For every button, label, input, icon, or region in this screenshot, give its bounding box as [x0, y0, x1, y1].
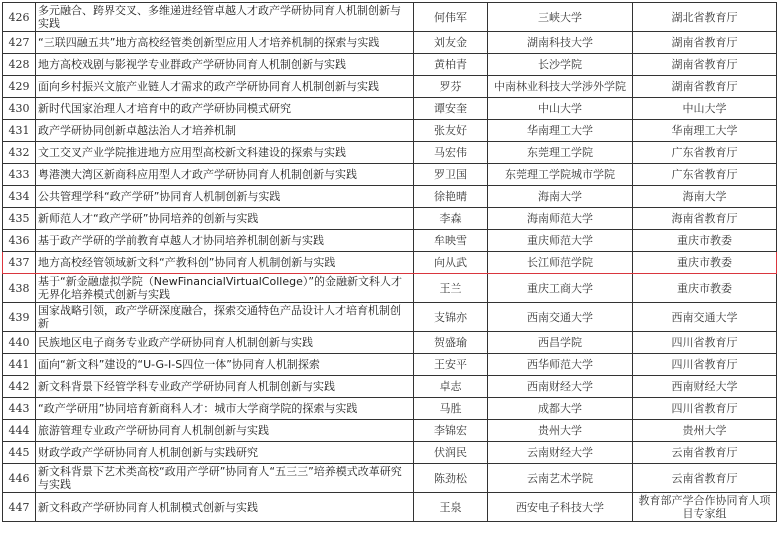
project-number: 438	[3, 274, 36, 303]
recommending-unit: 云南省教育厅	[633, 464, 777, 493]
project-number: 427	[3, 32, 36, 54]
project-table-body: 426 多元融合、跨界交叉、多维递进经管卓越人才政产学研协同育人机制创新与实践 …	[3, 3, 777, 522]
table-row: 441 面向“新文科”建设的“U-G-I-S四位一体”协同育人机制探索 王安平 …	[3, 354, 777, 376]
project-leader: 马胜	[414, 398, 488, 420]
table-row: 438 基于“新金融虚拟学院（NewFinancialVirtualColleg…	[3, 274, 777, 303]
project-number: 431	[3, 120, 36, 142]
table-row: 435 新师范人才“政产学研”协同培养的创新与实践 李森 海南师范大学 海南省教…	[3, 208, 777, 230]
project-title: 新文科政产学研协同育人机制模式创新与实践	[36, 493, 414, 522]
project-number: 440	[3, 332, 36, 354]
project-leader: 王安平	[414, 354, 488, 376]
table-row: 447 新文科政产学研协同育人机制模式创新与实践 王泉 西安电子科技大学 教育部…	[3, 493, 777, 522]
recommending-unit: 云南省教育厅	[633, 442, 777, 464]
project-title: 新师范人才“政产学研”协同培养的创新与实践	[36, 208, 414, 230]
institution: 海南大学	[488, 186, 633, 208]
project-leader: 陈劲松	[414, 464, 488, 493]
table-row: 442 新文科背景下经管学科专业政产学研协同育人机制创新与实践 卓志 西南财经大…	[3, 376, 777, 398]
project-leader: 李森	[414, 208, 488, 230]
table-row: 443 “政产学研用”协同培育新商科人才：城市大学商学院的探索与实践 马胜 成都…	[3, 398, 777, 420]
recommending-unit: 湖北省教育厅	[633, 3, 777, 32]
project-leader: 马宏伟	[414, 142, 488, 164]
project-leader: 徐艳晴	[414, 186, 488, 208]
institution: 重庆工商大学	[488, 274, 633, 303]
project-number: 433	[3, 164, 36, 186]
project-title: 基于“新金融虚拟学院（NewFinancialVirtualCollege）”的…	[36, 274, 414, 303]
institution: 云南财经大学	[488, 442, 633, 464]
project-leader: 刘友金	[414, 32, 488, 54]
institution: 西安电子科技大学	[488, 493, 633, 522]
recommending-unit: 重庆市教委	[633, 252, 777, 274]
table-row: 444 旅游管理专业政产学研协同育人机制创新与实践 李锦宏 贵州大学 贵州大学	[3, 420, 777, 442]
project-number: 426	[3, 3, 36, 32]
table-row: 427 “三联四融五共”地方高校经管类创新型应用人才培养机制的探索与实践 刘友金…	[3, 32, 777, 54]
project-leader: 贺盛瑜	[414, 332, 488, 354]
project-title: “三联四融五共”地方高校经管类创新型应用人才培养机制的探索与实践	[36, 32, 414, 54]
table-row: 439 国家战略引领，政产学研深度融合，探索交通特色产品设计人才培育机制创新 支…	[3, 303, 777, 332]
institution: 东莞理工学院城市学院	[488, 164, 633, 186]
table-row: 434 公共管理学科“政产学研”协同育人机制创新与实践 徐艳晴 海南大学 海南大…	[3, 186, 777, 208]
project-number: 436	[3, 230, 36, 252]
project-title: 公共管理学科“政产学研”协同育人机制创新与实践	[36, 186, 414, 208]
project-number: 445	[3, 442, 36, 464]
institution: 西昌学院	[488, 332, 633, 354]
project-title: 新文科背景下经管学科专业政产学研协同育人机制创新与实践	[36, 376, 414, 398]
project-title: 文工交叉产业学院推进地方应用型高校新文科建设的探索与实践	[36, 142, 414, 164]
project-number: 444	[3, 420, 36, 442]
project-number: 447	[3, 493, 36, 522]
project-title: 地方高校经管领域新文科“产教科创”协同育人机制创新与实践	[36, 252, 414, 274]
institution: 华南理工大学	[488, 120, 633, 142]
institution: 湖南科技大学	[488, 32, 633, 54]
institution: 成都大学	[488, 398, 633, 420]
table-row: 446 新文科背景下艺术类高校“政用产学研”协同育人“五三三”培养模式改革研究与…	[3, 464, 777, 493]
project-number: 437	[3, 252, 36, 274]
project-title: “政产学研用”协同培育新商科人才：城市大学商学院的探索与实践	[36, 398, 414, 420]
project-number: 441	[3, 354, 36, 376]
table-row: 430 新时代国家治理人才培育中的政产学研协同模式研究 谭安奎 中山大学 中山大…	[3, 98, 777, 120]
project-leader: 伏润民	[414, 442, 488, 464]
project-title: 面向乡村振兴文旅产业链人才需求的政产学研协同育人机制创新与实践	[36, 76, 414, 98]
institution: 长江师范学院	[488, 252, 633, 274]
recommending-unit: 重庆市教委	[633, 274, 777, 303]
project-title: 旅游管理专业政产学研协同育人机制创新与实践	[36, 420, 414, 442]
table-row-highlighted: 437 地方高校经管领域新文科“产教科创”协同育人机制创新与实践 向从武 长江师…	[3, 252, 777, 274]
project-title: 基于政产学研的学前教育卓越人才协同培养机制创新与实践	[36, 230, 414, 252]
project-title: 粤港澳大湾区新商科应用型人才政产学研协同育人机制创新与实践	[36, 164, 414, 186]
institution: 西南财经大学	[488, 376, 633, 398]
project-number: 439	[3, 303, 36, 332]
project-title: 新时代国家治理人才培育中的政产学研协同模式研究	[36, 98, 414, 120]
institution: 重庆师范大学	[488, 230, 633, 252]
recommending-unit: 海南大学	[633, 186, 777, 208]
recommending-unit: 四川省教育厅	[633, 332, 777, 354]
recommending-unit: 湖南省教育厅	[633, 76, 777, 98]
institution: 西华师范大学	[488, 354, 633, 376]
recommending-unit: 广东省教育厅	[633, 142, 777, 164]
project-title: 民族地区电子商务专业政产学研协同育人机制创新与实践	[36, 332, 414, 354]
institution: 贵州大学	[488, 420, 633, 442]
institution: 西南交通大学	[488, 303, 633, 332]
recommending-unit: 华南理工大学	[633, 120, 777, 142]
project-leader: 何伟军	[414, 3, 488, 32]
recommending-unit: 中山大学	[633, 98, 777, 120]
institution: 海南师范大学	[488, 208, 633, 230]
recommending-unit: 四川省教育厅	[633, 398, 777, 420]
table-row: 436 基于政产学研的学前教育卓越人才协同培养机制创新与实践 牟映雪 重庆师范大…	[3, 230, 777, 252]
table-row: 428 地方高校戏剧与影视学专业群政产学研协同育人机制创新与实践 黄柏青 长沙学…	[3, 54, 777, 76]
recommending-unit: 重庆市教委	[633, 230, 777, 252]
project-title: 财政学政产学研协同育人机制创新与实践研究	[36, 442, 414, 464]
project-number: 442	[3, 376, 36, 398]
institution: 长沙学院	[488, 54, 633, 76]
project-leader: 张友好	[414, 120, 488, 142]
project-title: 新文科背景下艺术类高校“政用产学研”协同育人“五三三”培养模式改革研究与实践	[36, 464, 414, 493]
project-title: 多元融合、跨界交叉、多维递进经管卓越人才政产学研协同育人机制创新与实践	[36, 3, 414, 32]
project-leader: 黄柏青	[414, 54, 488, 76]
recommending-unit: 湖南省教育厅	[633, 32, 777, 54]
project-number: 443	[3, 398, 36, 420]
project-leader: 王兰	[414, 274, 488, 303]
project-number: 434	[3, 186, 36, 208]
project-number: 429	[3, 76, 36, 98]
project-title: 政产学研协同创新卓越法治人才培养机制	[36, 120, 414, 142]
institution: 中山大学	[488, 98, 633, 120]
table-row: 431 政产学研协同创新卓越法治人才培养机制 张友好 华南理工大学 华南理工大学	[3, 120, 777, 142]
project-leader: 支锦亦	[414, 303, 488, 332]
project-leader: 王泉	[414, 493, 488, 522]
project-title: 地方高校戏剧与影视学专业群政产学研协同育人机制创新与实践	[36, 54, 414, 76]
recommending-unit: 四川省教育厅	[633, 354, 777, 376]
table-row: 445 财政学政产学研协同育人机制创新与实践研究 伏润民 云南财经大学 云南省教…	[3, 442, 777, 464]
table-row: 432 文工交叉产业学院推进地方应用型高校新文科建设的探索与实践 马宏伟 东莞理…	[3, 142, 777, 164]
project-leader: 李锦宏	[414, 420, 488, 442]
project-table: 426 多元融合、跨界交叉、多维递进经管卓越人才政产学研协同育人机制创新与实践 …	[2, 2, 777, 522]
project-leader: 罗芬	[414, 76, 488, 98]
project-title: 国家战略引领，政产学研深度融合，探索交通特色产品设计人才培育机制创新	[36, 303, 414, 332]
recommending-unit: 贵州大学	[633, 420, 777, 442]
institution: 中南林业科技大学涉外学院	[488, 76, 633, 98]
institution: 东莞理工学院	[488, 142, 633, 164]
project-leader: 向从武	[414, 252, 488, 274]
project-leader: 谭安奎	[414, 98, 488, 120]
recommending-unit: 湖南省教育厅	[633, 54, 777, 76]
project-title: 面向“新文科”建设的“U-G-I-S四位一体”协同育人机制探索	[36, 354, 414, 376]
table-row: 433 粤港澳大湾区新商科应用型人才政产学研协同育人机制创新与实践 罗卫国 东莞…	[3, 164, 777, 186]
project-number: 432	[3, 142, 36, 164]
project-number: 435	[3, 208, 36, 230]
project-leader: 卓志	[414, 376, 488, 398]
recommending-unit: 教育部产学合作协同育人项目专家组	[633, 493, 777, 522]
project-number: 428	[3, 54, 36, 76]
table-row: 429 面向乡村振兴文旅产业链人才需求的政产学研协同育人机制创新与实践 罗芬 中…	[3, 76, 777, 98]
institution: 三峡大学	[488, 3, 633, 32]
table-row: 440 民族地区电子商务专业政产学研协同育人机制创新与实践 贺盛瑜 西昌学院 四…	[3, 332, 777, 354]
recommending-unit: 西南交通大学	[633, 303, 777, 332]
recommending-unit: 海南省教育厅	[633, 208, 777, 230]
project-leader: 牟映雪	[414, 230, 488, 252]
recommending-unit: 广东省教育厅	[633, 164, 777, 186]
project-leader: 罗卫国	[414, 164, 488, 186]
institution: 云南艺术学院	[488, 464, 633, 493]
project-number: 430	[3, 98, 36, 120]
recommending-unit: 西南财经大学	[633, 376, 777, 398]
project-number: 446	[3, 464, 36, 493]
table-row: 426 多元融合、跨界交叉、多维递进经管卓越人才政产学研协同育人机制创新与实践 …	[3, 3, 777, 32]
